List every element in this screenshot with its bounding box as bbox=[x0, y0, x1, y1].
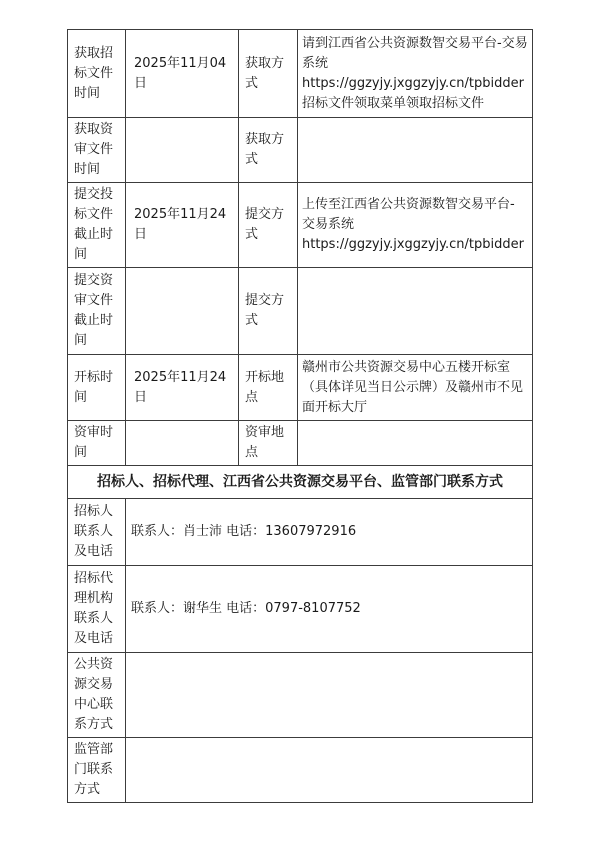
method-label-cell: 获取方式 bbox=[239, 118, 298, 183]
contact-label-cell: 监管部门联系方式 bbox=[68, 738, 126, 803]
table-row: 开标时间 2025年11月24日 开标地点 赣州市公共资源交易中心五楼开标室 （… bbox=[68, 355, 533, 421]
method-value-cell: 赣州市公共资源交易中心五楼开标室 （具体详见当日公示牌）及赣州市不见 面开标大厅 bbox=[298, 355, 533, 421]
table-row: 招标代理机构联系人及电话 联系人：谢华生 电话：0797-8107752 bbox=[68, 566, 533, 653]
method-label-cell: 开标地点 bbox=[239, 355, 298, 421]
schedule-label-cell: 获取资审文件时间 bbox=[68, 118, 126, 183]
schedule-label-cell: 提交资审文件截止时间 bbox=[68, 268, 126, 355]
schedule-label-cell: 获取招标文件时间 bbox=[68, 30, 126, 118]
method-label-cell: 提交方式 bbox=[239, 183, 298, 268]
contact-value-cell bbox=[126, 738, 533, 803]
contact-value-cell: 联系人：谢华生 电话：0797-8107752 bbox=[126, 566, 533, 653]
table-row: 获取招标文件时间 2025年11月04日 获取方式 请到江西省公共资源数智交易平… bbox=[68, 30, 533, 118]
method-value-cell bbox=[298, 118, 533, 183]
contact-label-cell: 公共资源交易中心联系方式 bbox=[68, 653, 126, 738]
table-row: 资审时间 资审地点 bbox=[68, 421, 533, 466]
document-page: 获取招标文件时间 2025年11月04日 获取方式 请到江西省公共资源数智交易平… bbox=[0, 0, 600, 852]
table-row: 公共资源交易中心联系方式 bbox=[68, 653, 533, 738]
schedule-date-cell bbox=[126, 421, 239, 466]
method-value-cell: 请到江西省公共资源数智交易平台-交易系统 https://ggzyjy.jxgg… bbox=[298, 30, 533, 118]
method-value-cell bbox=[298, 421, 533, 466]
table-row: 提交投标文件截止时间 2025年11月24日 提交方式 上传至江西省公共资源数智… bbox=[68, 183, 533, 268]
section-header-row: 招标人、招标代理、江西省公共资源交易平台、监管部门联系方式 bbox=[68, 466, 533, 499]
table-row: 获取资审文件时间 获取方式 bbox=[68, 118, 533, 183]
schedule-date-cell bbox=[126, 118, 239, 183]
contact-value-cell bbox=[126, 653, 533, 738]
schedule-label-cell: 资审时间 bbox=[68, 421, 126, 466]
schedule-date-cell: 2025年11月24日 bbox=[126, 183, 239, 268]
table-row: 提交资审文件截止时间 提交方式 bbox=[68, 268, 533, 355]
method-label-cell: 获取方式 bbox=[239, 30, 298, 118]
schedule-date-cell: 2025年11月04日 bbox=[126, 30, 239, 118]
contact-value-cell: 联系人：肖士沛 电话：13607972916 bbox=[126, 499, 533, 566]
table-row: 监管部门联系方式 bbox=[68, 738, 533, 803]
schedule-label-cell: 开标时间 bbox=[68, 355, 126, 421]
section-header-cell: 招标人、招标代理、江西省公共资源交易平台、监管部门联系方式 bbox=[68, 466, 533, 499]
contact-label-cell: 招标代理机构联系人及电话 bbox=[68, 566, 126, 653]
contact-label-cell: 招标人联系人及电话 bbox=[68, 499, 126, 566]
schedule-date-cell: 2025年11月24日 bbox=[126, 355, 239, 421]
schedule-date-cell bbox=[126, 268, 239, 355]
schedule-label-cell: 提交投标文件截止时间 bbox=[68, 183, 126, 268]
method-value-cell bbox=[298, 268, 533, 355]
method-label-cell: 提交方式 bbox=[239, 268, 298, 355]
table-row: 招标人联系人及电话 联系人：肖士沛 电话：13607972916 bbox=[68, 499, 533, 566]
tender-info-table: 获取招标文件时间 2025年11月04日 获取方式 请到江西省公共资源数智交易平… bbox=[67, 29, 533, 803]
method-value-cell: 上传至江西省公共资源数智交易平台- 交易系统 https://ggzyjy.jx… bbox=[298, 183, 533, 268]
method-label-cell: 资审地点 bbox=[239, 421, 298, 466]
